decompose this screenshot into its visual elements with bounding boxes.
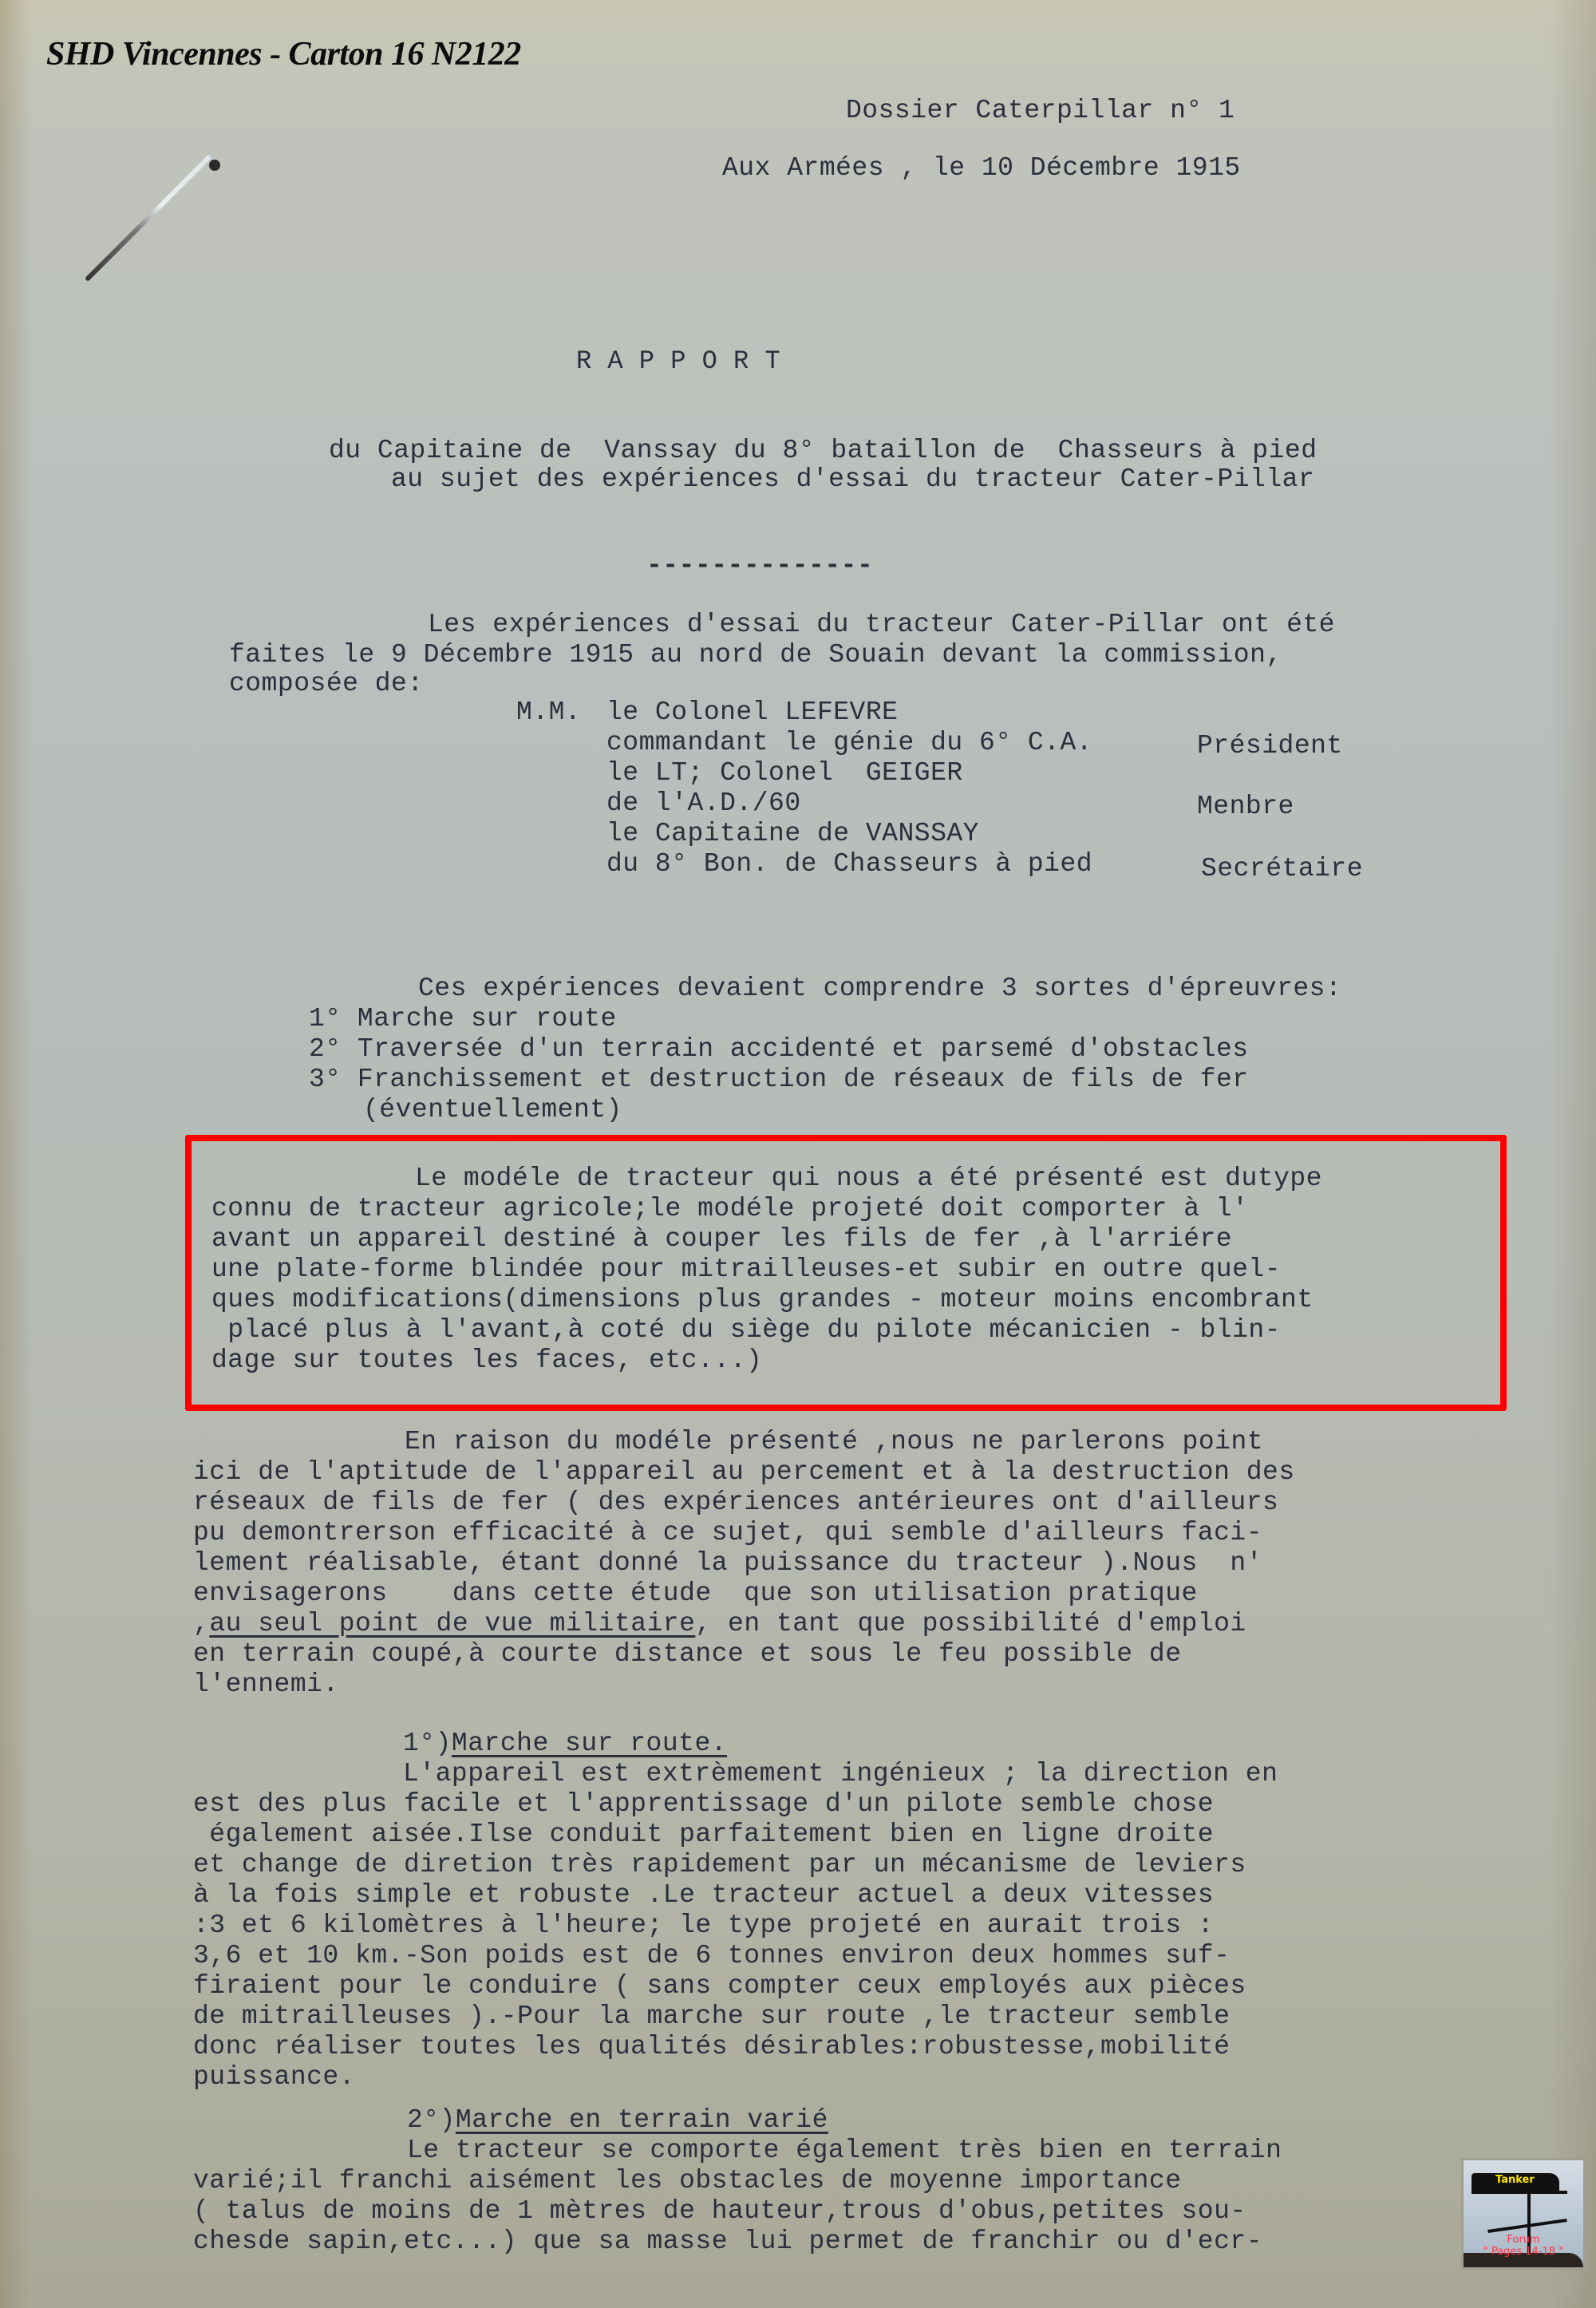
- dossier-reference: Dossier Caterpillar n° 1: [846, 96, 1235, 126]
- section-2-line-4: chesde sapin,etc...) que sa masse lui pe…: [193, 2227, 1262, 2257]
- place-date: Aux Armées , le 10 Décembre 1915: [722, 153, 1241, 184]
- paragraph-line-2: ici de l'aptitude de l'appareil au perce…: [193, 1457, 1295, 1488]
- paragraph-line-9: l'ennemi.: [193, 1670, 339, 1700]
- paragraph-line-8: en terrain coupé,à courte distance et so…: [193, 1639, 1182, 1670]
- highlight-line-7: dage sur toutes les faces, etc...): [211, 1346, 762, 1376]
- member-1-detail: commandant le génie du 6° C.A.: [606, 728, 1092, 758]
- highlight-line-6: placé plus à l'avant,à coté du siège du …: [211, 1315, 1281, 1346]
- highlight-line-2: connu de tracteur agricole;le modéle pro…: [211, 1194, 1248, 1224]
- section-1-line-3: également aisée.Ilse conduit parfaitemen…: [193, 1820, 1214, 1850]
- section-1-heading: 1°)Marche sur route.: [403, 1729, 727, 1759]
- section-2-line-3: ( talus de moins de 1 mètres de hauteur,…: [193, 2196, 1246, 2227]
- underline-suffix: , en tant que possibilité d'emploi: [695, 1609, 1246, 1638]
- section-1-line-9: de mitrailleuses ).-Pour la marche sur r…: [193, 2002, 1230, 2032]
- section-2-heading: 2°)Marche en terrain varié: [407, 2105, 828, 2136]
- paper-edge-shadow-right: [1548, 0, 1596, 2308]
- section-1-number: 1°): [403, 1729, 452, 1758]
- section-2-line-1: Le tracteur se comporte également très b…: [407, 2136, 1282, 2166]
- highlight-line-5: ques modifications(dimensions plus grand…: [211, 1285, 1314, 1315]
- paragraph-line-4: pu demontrerson efficacité à ce sujet, q…: [193, 1518, 1262, 1548]
- paragraph-line-5: lement réalisable, étant donné la puissa…: [193, 1548, 1262, 1579]
- paragraph-line-7: ,au seul point de vue militaire, en tant…: [193, 1609, 1246, 1639]
- section-1-line-1: L'appareil est extrèmement ingénieux ; l…: [403, 1759, 1278, 1789]
- member-2-name: le LT; Colonel GEIGER: [606, 758, 963, 788]
- paragraph-line-3: réseaux de fils de fer ( des expériences…: [193, 1488, 1278, 1518]
- forum-logo-badge: Tanker: [1495, 2174, 1535, 2186]
- paragraph-line-6: envisagerons dans cette étude que son ut…: [193, 1579, 1198, 1609]
- intro-line-2: faites le 9 Décembre 1915 au nord de Sou…: [229, 640, 1282, 670]
- paper-edge-shadow-left: [0, 0, 32, 2308]
- commission-prefix: M.M.: [516, 698, 581, 728]
- section-1-line-2: est des plus facile et l'apprentissage d…: [193, 1789, 1214, 1820]
- pin-head-icon: [209, 160, 220, 171]
- test-item-1: 1° Marche sur route: [309, 1004, 617, 1034]
- section-2-number: 2°): [407, 2105, 456, 2135]
- paragraph-line-1: En raison du modéle présenté ,nous ne pa…: [405, 1427, 1263, 1457]
- section-1-line-10: donc réaliser toutes les qualités désira…: [193, 2032, 1230, 2062]
- member-2-role: Menbre: [1197, 792, 1294, 822]
- member-3-name: le Capitaine de VANSSAY: [606, 819, 979, 849]
- section-2-title: Marche en terrain varié: [456, 2105, 828, 2135]
- section-1-line-5: à la fois simple et robuste .Le tracteur…: [193, 1880, 1214, 1911]
- highlight-line-3: avant un appareil destiné à couper les f…: [211, 1224, 1232, 1255]
- tests-intro: Ces expériences devaient comprendre 3 so…: [418, 974, 1341, 1004]
- underlined-phrase: au seul point de vue militaire: [209, 1609, 695, 1638]
- test-item-3: 3° Franchissement et destruction de rése…: [309, 1065, 1249, 1095]
- document-title: R A P P O R T: [576, 346, 780, 377]
- intro-line-3: composée de:: [229, 669, 424, 699]
- section-1-line-11: puissance.: [193, 2062, 355, 2093]
- separator: --------------: [646, 551, 873, 581]
- highlight-line-1: Le modéle de tracteur qui nous a été pré…: [415, 1164, 1322, 1194]
- section-2-line-2: varié;il franchi aisément les obstacles …: [193, 2166, 1182, 2196]
- member-1-role: Président: [1197, 731, 1343, 761]
- section-1-title: Marche sur route.: [452, 1729, 727, 1758]
- member-2-detail: de l'A.D./60: [606, 788, 801, 819]
- pin-icon: [85, 154, 212, 282]
- archive-reference-label: SHD Vincennes - Carton 16 N2122: [46, 35, 521, 73]
- forum-caption-line-1: Forum: [1464, 2234, 1583, 2246]
- section-1-line-6: :3 et 6 kilomètres à l'heure; le type pr…: [193, 1911, 1214, 1941]
- forum-logo-caption: Forum " Pages 14-18 ": [1464, 2234, 1583, 2258]
- intro-line-1: Les expériences d'essai du tracteur Cate…: [428, 610, 1335, 640]
- highlight-line-4: une plate-forme blindée pour mitrailleus…: [211, 1255, 1281, 1285]
- forum-caption-line-2: " Pages 14-18 ": [1464, 2246, 1583, 2258]
- member-3-role: Secrétaire: [1201, 854, 1363, 884]
- subtitle-line-1: du Capitaine de Vanssay du 8° bataillon …: [329, 436, 1317, 466]
- member-3-detail: du 8° Bon. de Chasseurs à pied: [606, 849, 1092, 879]
- section-1-line-4: et change de diretion très rapidement pa…: [193, 1850, 1246, 1880]
- weathervane-arrow-icon: [1472, 2191, 1567, 2194]
- section-1-line-7: 3,6 et 10 km.-Son poids est de 6 tonnes …: [193, 1941, 1230, 1971]
- section-1-line-8: firaient pour le conduire ( sans compter…: [193, 1971, 1246, 2002]
- test-item-3-note: (éventuellement): [363, 1095, 622, 1125]
- member-1-name: le Colonel LEFEVRE: [606, 698, 898, 728]
- test-item-2: 2° Traversée d'un terrain accidenté et p…: [309, 1034, 1249, 1065]
- underline-prefix: ,: [193, 1609, 209, 1638]
- forum-logo: Tanker Forum " Pages 14-18 ": [1461, 2158, 1586, 2270]
- subtitle-line-2: au sujet des expériences d'essai du trac…: [391, 464, 1314, 495]
